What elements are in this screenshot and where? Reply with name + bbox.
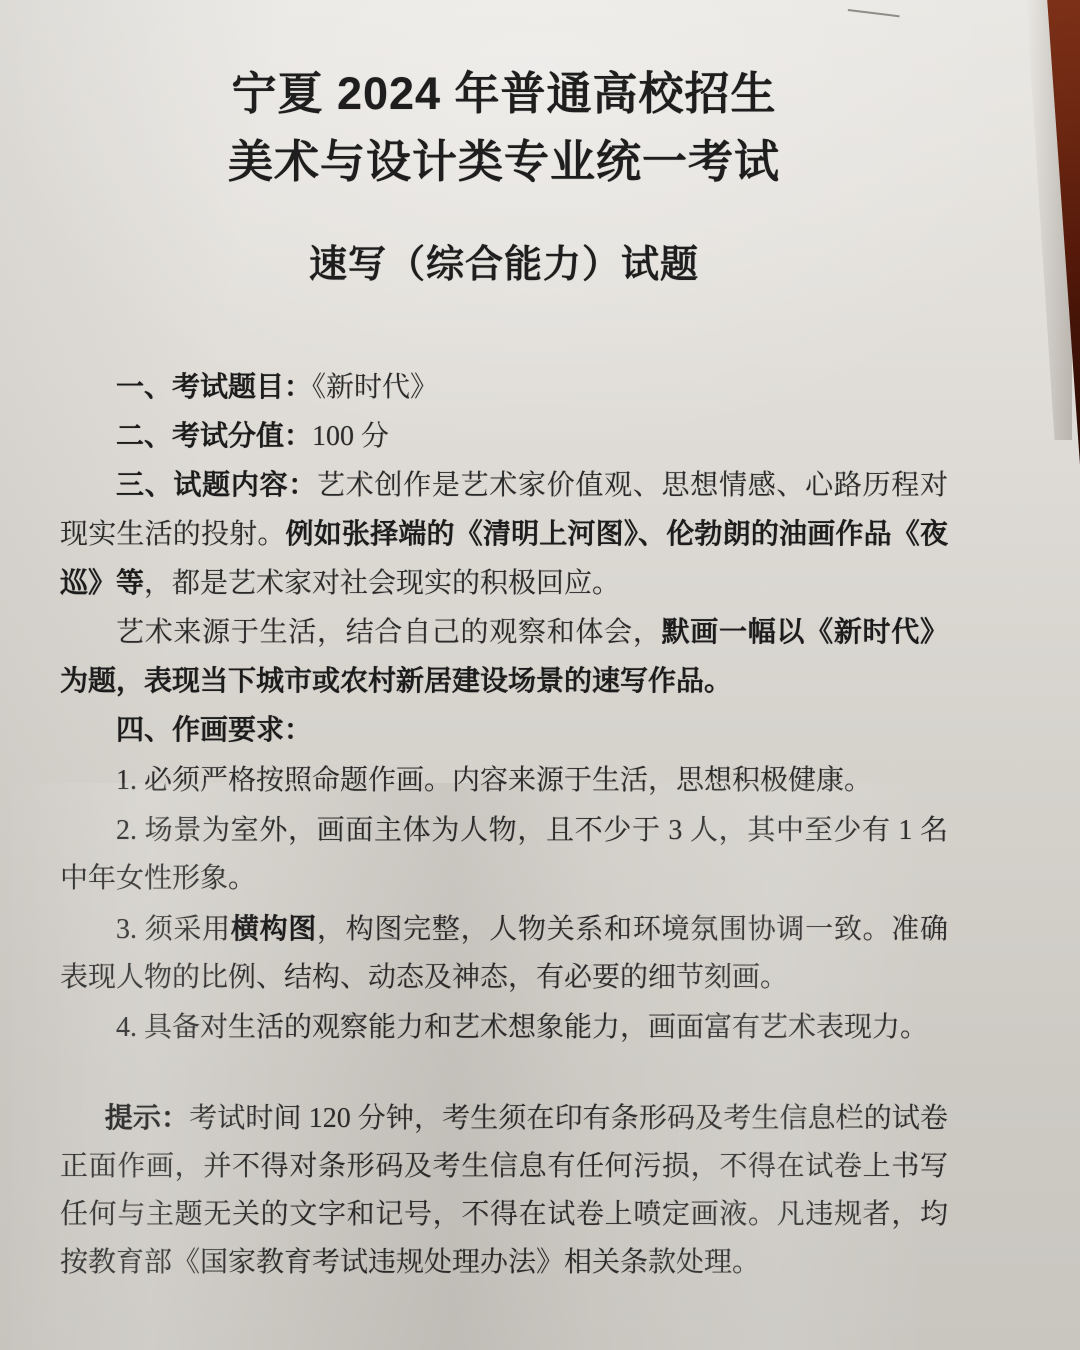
bold-text-run: 一、考试题目： [116, 371, 312, 402]
paragraph-exam-topic: 一、考试题目：《新时代》 [60, 363, 948, 412]
exam-title-line-1: 宁夏 2024 年普通高校招生 [60, 60, 948, 128]
text-run: ，都是艺术家对社会现实的积极回应。 [144, 568, 620, 599]
text-run: 1. 必须严格按照命题作画。内容来源于生活，思想积极健康。 [116, 765, 872, 796]
text-run: 3. 须采用 [116, 914, 231, 945]
bold-text-run: 横构图 [231, 913, 317, 944]
bold-text-run: 三、试题内容： [116, 469, 317, 500]
text-run: 100 分 [312, 421, 389, 452]
bold-text-run: 四、作画要求： [116, 714, 312, 745]
exam-paper-photo: 宁夏 2024 年普通高校招生 美术与设计类专业统一考试 速写（综合能力）试题 … [0, 0, 1080, 1350]
exam-paper-document: 宁夏 2024 年普通高校招生 美术与设计类专业统一考试 速写（综合能力）试题 … [0, 0, 1080, 1350]
text-run: 4. 具备对生活的观察能力和艺术想象能力，画面富有艺术表现力。 [116, 1012, 928, 1043]
text-run: 2. 场景为室外，画面主体为人物，且不少于 3 人，其中至少有 1 名中年女性形… [60, 815, 948, 894]
paragraph-requirement-1: 1. 必须严格按照命题作画。内容来源于生活，思想积极健康。 [60, 757, 948, 805]
bold-text-run: 二、考试分值： [116, 420, 312, 451]
exam-body: 一、考试题目：《新时代》 二、考试分值：100 分 三、试题内容：艺术创作是艺术… [60, 363, 948, 1287]
text-run: 《新时代》 [312, 372, 438, 403]
paragraph-requirements-heading: 四、作画要求： [60, 706, 948, 755]
paragraph-requirement-2: 2. 场景为室外，画面主体为人物，且不少于 3 人，其中至少有 1 名中年女性形… [60, 807, 948, 903]
bold-text-run: 提示： [105, 1102, 189, 1133]
paragraph-exam-score: 二、考试分值：100 分 [60, 412, 948, 461]
paragraph-exam-content: 三、试题内容：艺术创作是艺术家价值观、思想情感、心路历程对现实生活的投射。例如张… [60, 461, 948, 608]
exam-title-line-2: 美术与设计类专业统一考试 [60, 128, 948, 196]
paragraph-requirement-4: 4. 具备对生活的观察能力和艺术想象能力，画面富有艺术表现力。 [60, 1004, 948, 1052]
exam-title: 宁夏 2024 年普通高校招生 美术与设计类专业统一考试 [60, 60, 948, 196]
paragraph-requirement-3: 3. 须采用横构图，构图完整，人物关系和环境氛围协调一致。准确表现人物的比例、结… [60, 905, 948, 1002]
text-run: 艺术来源于生活，结合自己的观察和体会， [116, 617, 662, 648]
paragraph-art-from-life: 艺术来源于生活，结合自己的观察和体会，默画一幅以《新时代》为题，表现当下城市或农… [60, 608, 948, 706]
paragraph-notice: 提示：考试时间 120 分钟，考生须在印有条形码及考生信息栏的试卷正面作画，并不… [60, 1094, 948, 1287]
exam-subtitle: 速写（综合能力）试题 [60, 241, 948, 289]
text-run: 考试时间 120 分钟，考生须在印有条形码及考生信息栏的试卷正面作画，并不得对条… [60, 1103, 948, 1278]
